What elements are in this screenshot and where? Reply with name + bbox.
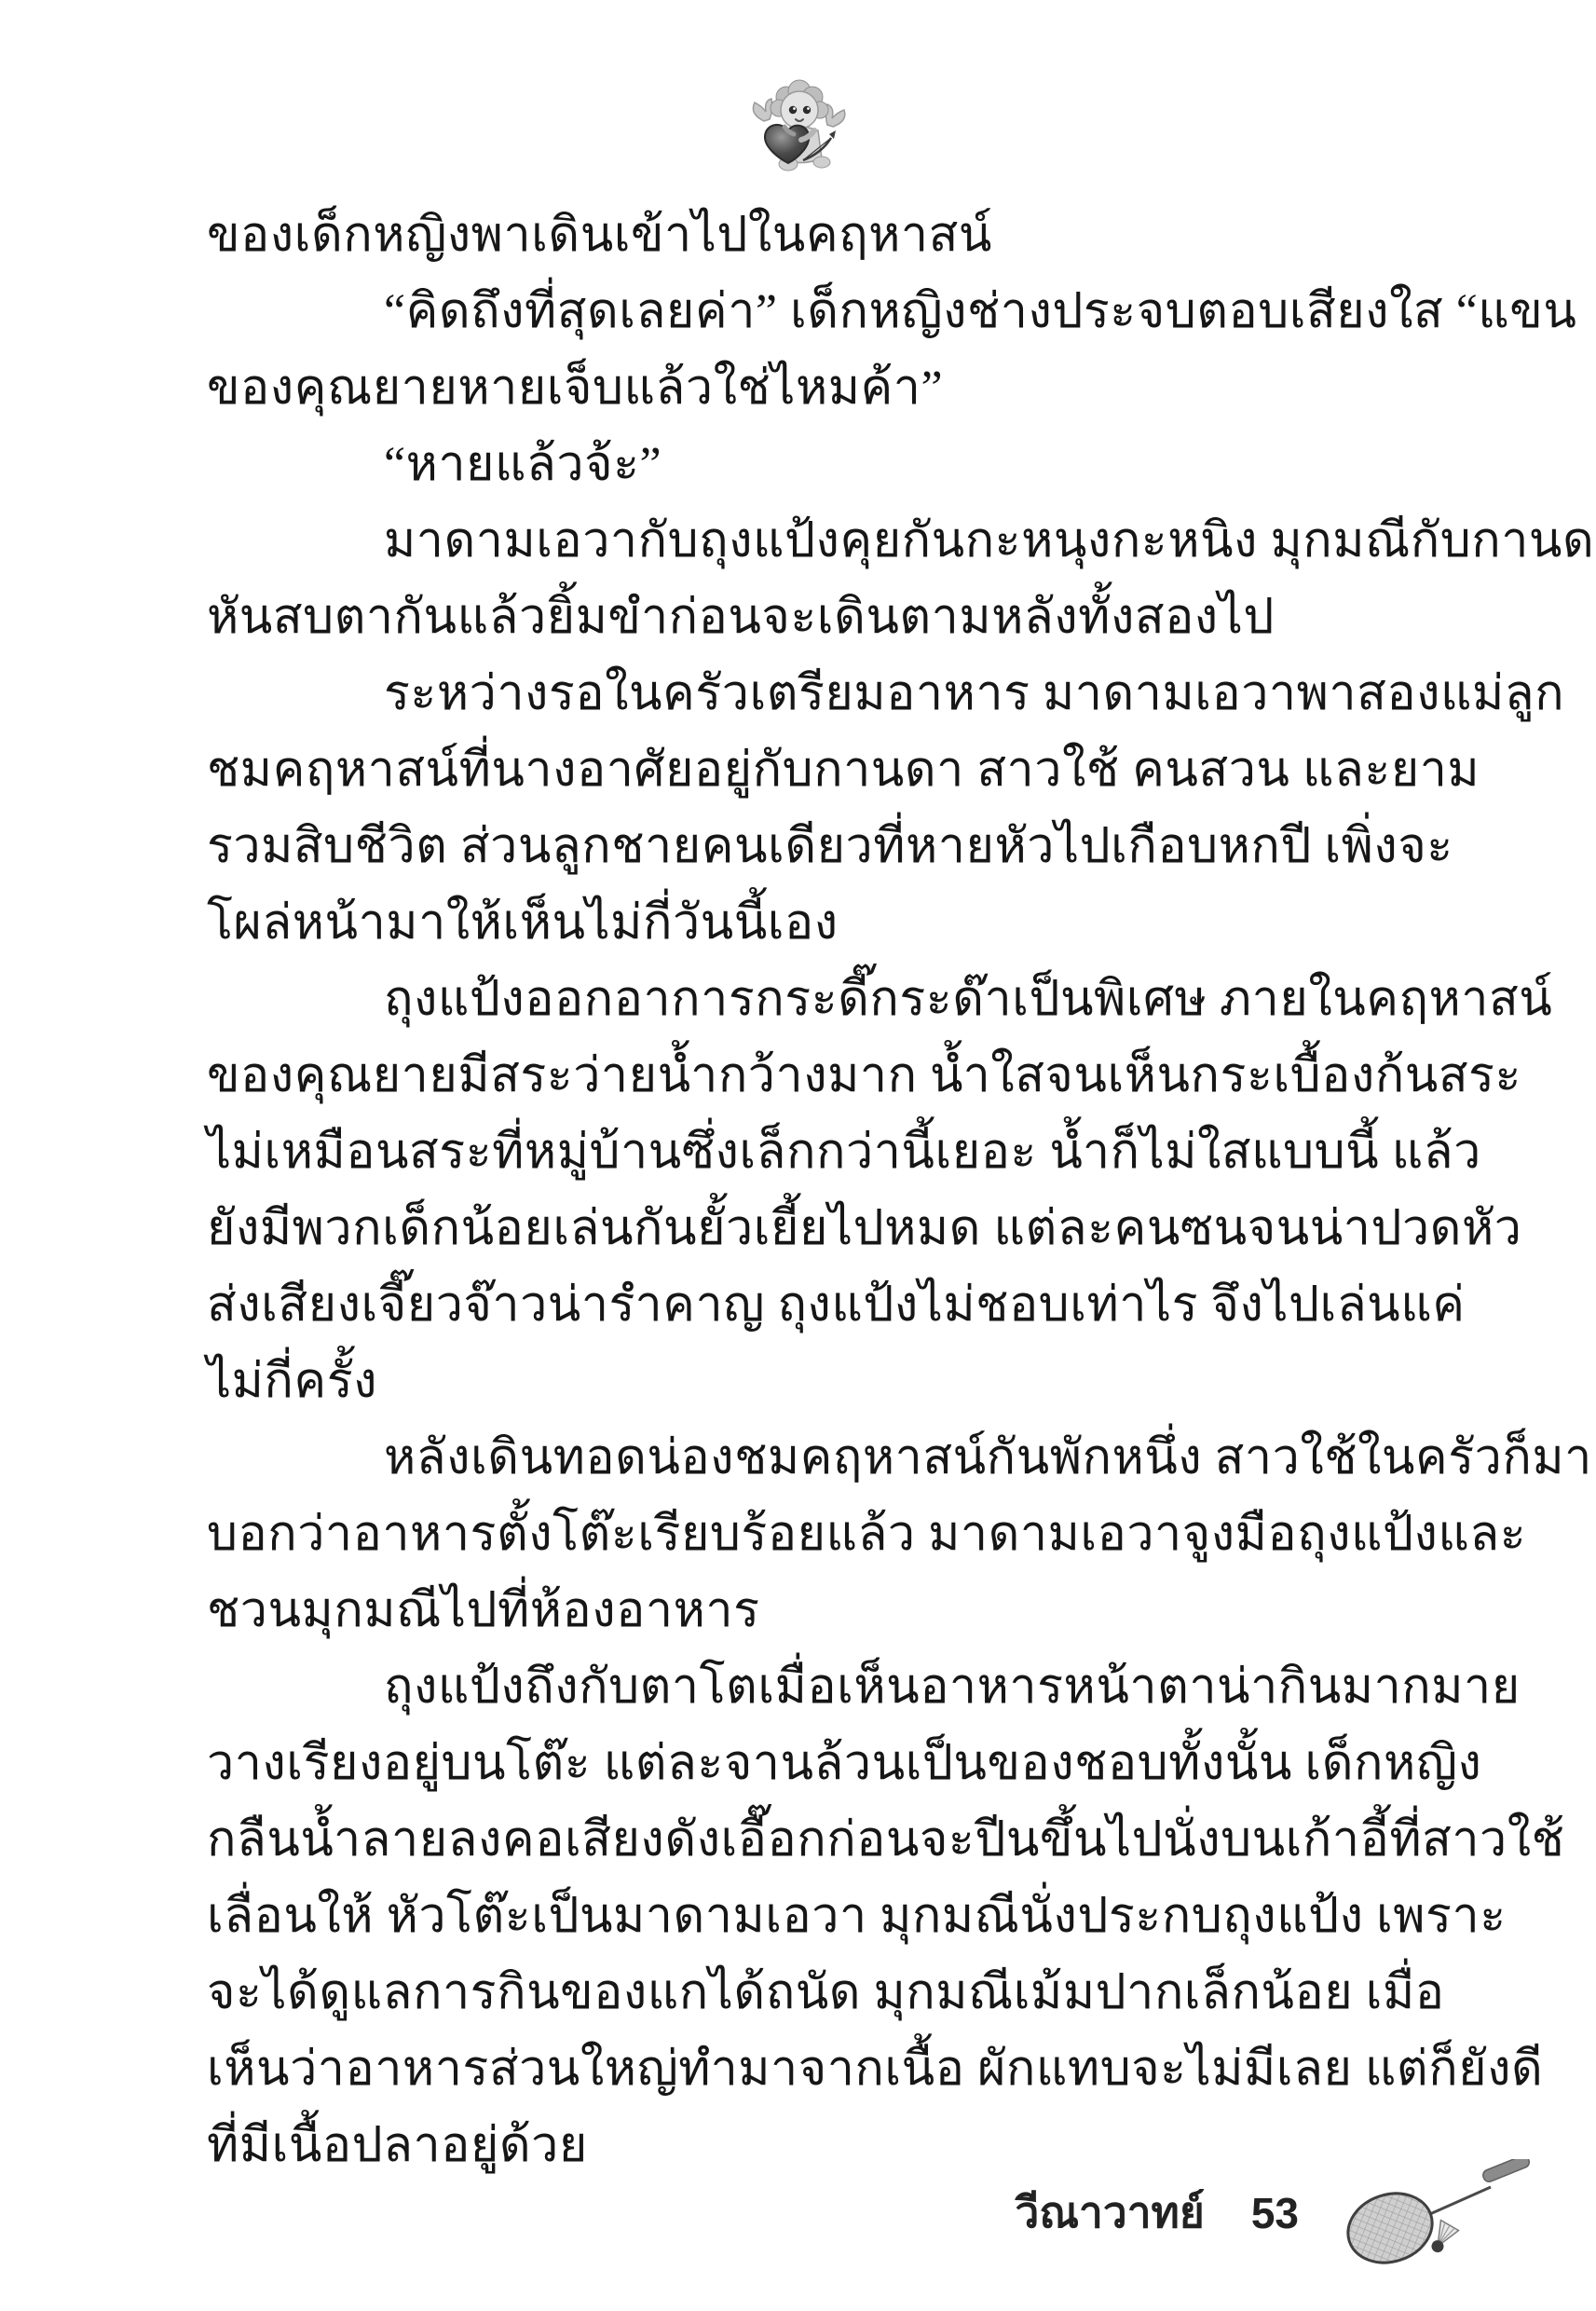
text-line: ถุงแป้งถึงกับตาโตเมื่อเห็นอาหารหน้าตาน่า… <box>207 1649 1439 1726</box>
page-body: ของเด็กหญิงพาเดินเข้าไปในคฤหาสน์ “คิดถึง… <box>207 198 1439 2184</box>
text-line: ถุงแป้งออกอาการกระดี๊กระด๊าเป็นพิเศษ ภาย… <box>207 962 1439 1038</box>
text-line: “คิดถึงที่สุดเลยค่า” เด็กหญิงช่างประจบตอ… <box>207 274 1439 350</box>
badminton-racket-icon <box>1332 2159 1533 2266</box>
page-number: 53 <box>1251 2188 1299 2238</box>
page-footer: วีณาวาทย์ 53 <box>1016 2159 1533 2266</box>
text-line: ไม่เหมือนสระที่หมู่บ้านซึ่งเล็กกว่านี้เย… <box>207 1114 1439 1191</box>
text-line: “หายแล้วจ้ะ” <box>207 427 1439 503</box>
text-line: หลังเดินทอดน่องชมคฤหาสน์กันพักหนึ่ง สาวใ… <box>207 1420 1439 1497</box>
text-line: ยังมีพวกเด็กน้อยเล่นกันยั้วเยี้ยไปหมด แต… <box>207 1191 1439 1267</box>
text-line: ส่งเสียงเจี๊ยวจ๊าวน่ารำคาญ ถุงแป้งไม่ชอบ… <box>207 1267 1439 1344</box>
text-line: ชวนมุกมณีไปที่ห้องอาหาร <box>207 1573 1439 1649</box>
book-page: ของเด็กหญิงพาเดินเข้าไปในคฤหาสน์ “คิดถึง… <box>0 0 1596 2311</box>
text-line: วางเรียงอยู่บนโต๊ะ แต่ละจานล้วนเป็นของชอ… <box>207 1726 1439 1802</box>
text-line: ไม่กี่ครั้ง <box>207 1344 1439 1420</box>
text-line: โผล่หน้ามาให้เห็นไม่กี่วันนี้เอง <box>207 885 1439 962</box>
text-line: ของเด็กหญิงพาเดินเข้าไปในคฤหาสน์ <box>207 198 1439 274</box>
text-line: มาดามเอวากับถุงแป้งคุยกันกะหนุงกะหนิง มุ… <box>207 503 1439 580</box>
text-line: บอกว่าอาหารตั้งโต๊ะเรียบร้อยแล้ว มาดามเอ… <box>207 1497 1439 1573</box>
text-line: เลื่อนให้ หัวโต๊ะเป็นมาดามเอวา มุกมณีนั่… <box>207 1879 1439 1955</box>
text-line: กลืนน้ำลายลงคอเสียงดังเอื๊อกก่อนจะปีนขึ้… <box>207 1802 1439 1879</box>
text-line: ชมคฤหาสน์ที่นางอาศัยอยู่กับกานดา สาวใช้ … <box>207 732 1439 809</box>
text-line: ของคุณยายหายเจ็บแล้วใช่ไหมค้า” <box>207 350 1439 427</box>
text-line: ระหว่างรอในครัวเตรียมอาหาร มาดามเอวาพาสอ… <box>207 656 1439 732</box>
text-line: หันสบตากันแล้วยิ้มขำก่อนจะเดินตามหลังทั้… <box>207 580 1439 656</box>
cupid-heart-icon <box>747 73 850 173</box>
text-line: ของคุณยายมีสระว่ายน้ำกว้างมาก น้ำใสจนเห็… <box>207 1038 1439 1114</box>
running-title: วีณาวาทย์ <box>1016 2179 1205 2247</box>
text-line: รวมสิบชีวิต ส่วนลูกชายคนเดียวที่หายหัวไป… <box>207 809 1439 885</box>
text-line: จะได้ดูแลการกินของแกได้ถนัด มุกมณีเม้มปา… <box>207 1955 1439 2031</box>
chapter-ornament <box>0 73 1596 173</box>
text-line: เห็นว่าอาหารส่วนใหญ่ทำมาจากเนื้อ ผักแทบจ… <box>207 2031 1439 2108</box>
